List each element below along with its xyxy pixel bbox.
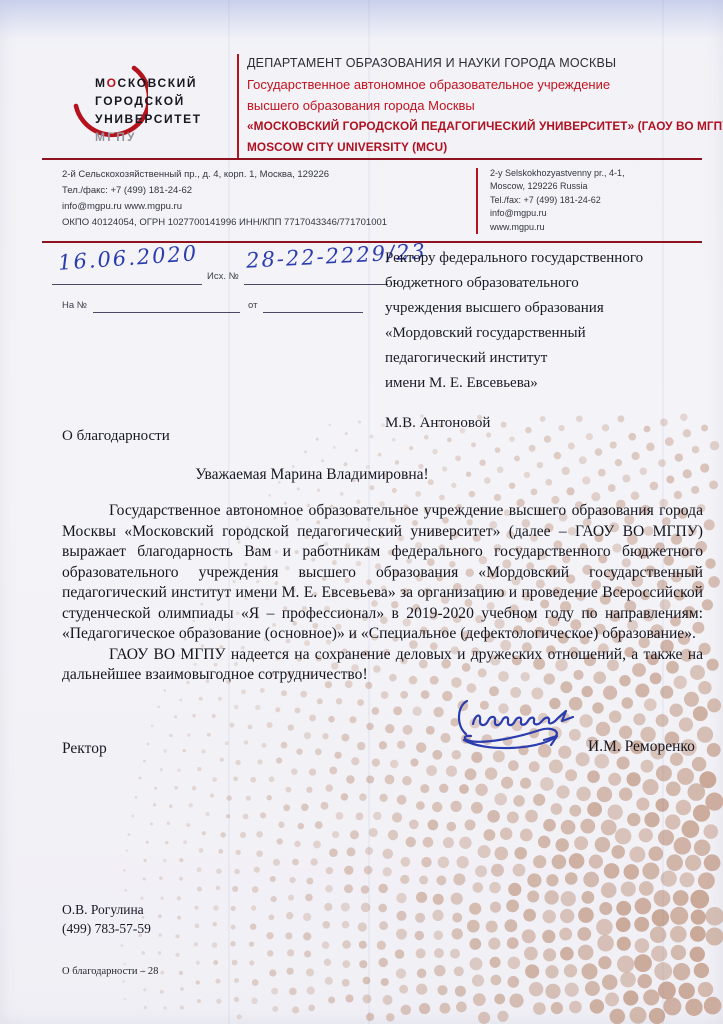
scan-top-shadow-band	[0, 0, 723, 38]
executor-name: О.В. Рогулина	[62, 900, 151, 919]
executor-phone: (499) 783-57-59	[62, 919, 151, 938]
logo-line-3: УНИВЕРСИТЕТ	[95, 110, 202, 128]
contact-line: Tel./fax: +7 (499) 181-24-62	[490, 194, 625, 207]
incoming-number-blank-line	[93, 312, 240, 313]
logo-line-1: МОСКОВСКИЙ	[95, 74, 202, 92]
contacts-vertical-divider	[476, 168, 478, 234]
body-paragraph-1: Государственное автономное образовательн…	[62, 501, 703, 645]
recipient-line: педагогический институт	[385, 346, 715, 371]
case-reference: О благодарности – 28	[62, 966, 158, 977]
logo-line-2: ГОРОДСКОЙ	[95, 92, 202, 110]
logo-abbreviation: МГПУ	[95, 128, 202, 146]
recipient-line: учреждения высшего образования	[385, 296, 715, 321]
handwritten-signature-flourish	[440, 694, 590, 754]
from-date-label: от	[248, 300, 257, 311]
university-logo-text: МОСКОВСКИЙ ГОРОДСКОЙ УНИВЕРСИТЕТ МГПУ	[95, 74, 202, 146]
contact-line: Тел./факс: +7 (499) 181-24-62	[62, 183, 387, 199]
header-org-line-2: высшего образования города Москвы	[247, 98, 475, 113]
letter-subject: О благодарности	[62, 428, 170, 445]
contact-line: www.mgpu.ru	[490, 221, 625, 234]
recipient-line: «Мордовский государственный	[385, 321, 715, 346]
outgoing-number-underline	[244, 284, 388, 285]
header-org-name-en: MOSCOW CITY UNIVERSITY (MCU)	[247, 140, 447, 154]
recipient-line: бюджетного образовательного	[385, 271, 715, 296]
executor-block: О.В. Рогулина (499) 783-57-59	[62, 900, 151, 938]
scanned-letter-page: МОСКОВСКИЙ ГОРОДСКОЙ УНИВЕРСИТЕТ МГПУ ДЕ…	[0, 0, 723, 1024]
contact-line: Moscow, 129226 Russia	[490, 180, 625, 193]
contact-line: 2-й Сельскохозяйственный пр., д. 4, корп…	[62, 167, 387, 183]
incoming-number-label: На №	[62, 300, 87, 311]
recipient-addressee: М.В. Антоновой	[385, 411, 715, 436]
contact-line: 2-y Selskokhozyastvenny pr., 4-1,	[490, 167, 625, 180]
header-department-line: ДЕПАРТАМЕНТ ОБРАЗОВАНИЯ И НАУКИ ГОРОДА М…	[247, 56, 616, 70]
signer-title: Ректор	[62, 740, 107, 758]
contact-line: ОКПО 40124054, ОГРН 1027700141996 ИНН/КП…	[62, 215, 387, 231]
header-horizontal-rule	[42, 158, 702, 160]
letter-body: Государственное автономное образовательн…	[62, 501, 703, 686]
contact-line: info@mgpu.ru www.mgpu.ru	[62, 199, 387, 215]
header-vertical-divider	[237, 54, 239, 158]
contact-block-english: 2-y Selskokhozyastvenny pr., 4-1, Moscow…	[490, 167, 625, 234]
date-underline	[52, 284, 202, 285]
outgoing-number-label: Исх. №	[207, 271, 239, 282]
from-date-blank-line	[263, 312, 363, 313]
recipient-line: имени М. Е. Евсевьева»	[385, 371, 715, 396]
header-org-line-1: Государственное автономное образовательн…	[247, 77, 610, 92]
contact-block-russian: 2-й Сельскохозяйственный пр., д. 4, корп…	[62, 167, 387, 231]
header-org-name-ru: «МОСКОВСКИЙ ГОРОДСКОЙ ПЕДАГОГИЧЕСКИЙ УНИ…	[247, 119, 723, 133]
body-paragraph-2: ГАОУ ВО МГПУ надеется на сохранение дело…	[62, 645, 703, 686]
contact-line: info@mgpu.ru	[490, 207, 625, 220]
salutation: Уважаемая Марина Владимировна!	[62, 466, 562, 484]
recipient-block: Ректору федерального государственного бю…	[385, 246, 715, 436]
signer-name: И.М. Реморенко	[588, 738, 695, 756]
recipient-line: Ректору федерального государственного	[385, 246, 715, 271]
logo-red-letter: О	[107, 76, 118, 90]
